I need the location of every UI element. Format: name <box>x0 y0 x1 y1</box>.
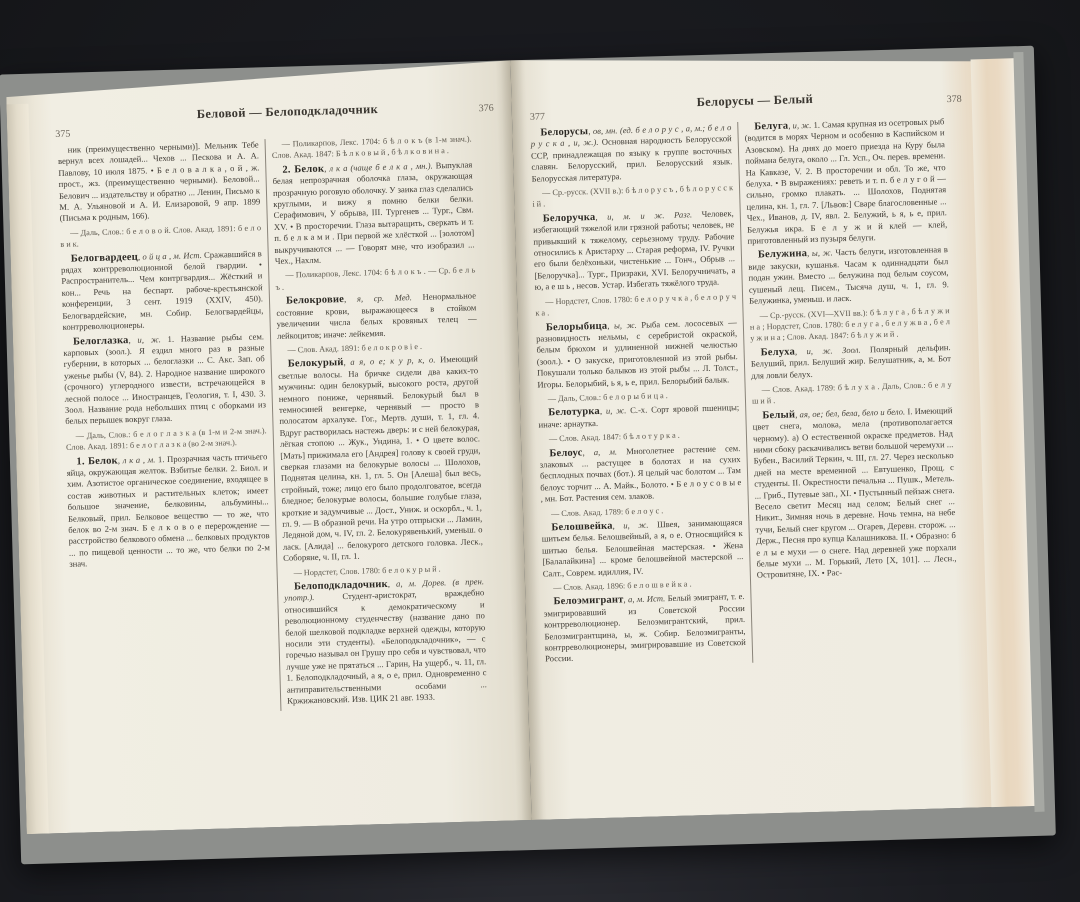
dictionary-entry: Белошвейка, и, ж. Швея, занимающаяся шит… <box>541 517 744 580</box>
left-page-columns: ник (преимущественно черными)]. Мельник … <box>52 133 494 716</box>
headword: Белорусы <box>540 126 588 138</box>
etymology-note: — Ср.-русск. (XVI—XVII вв.): б ѣ л у г а… <box>749 305 950 345</box>
headword: Белотурка <box>548 406 600 418</box>
right-running-head-page: 378 <box>947 94 962 105</box>
headword: Белоручка <box>543 212 596 224</box>
right-running-head: Белорусы — Белый <box>696 92 813 110</box>
etymology-note: — Даль, Слов.: б е л о г л а з к а (в 1-… <box>66 425 268 453</box>
dictionary-entry: Белуха, и, ж. Зоол. Полярный дельфин. Бе… <box>751 342 952 382</box>
etymology-note: — Даль, Слов.: б е л о в о й. Слов. Акад… <box>60 222 262 250</box>
dictionary-entry: ник (преимущественно черными)]. Мельник … <box>58 139 261 224</box>
headword: Белуга <box>754 121 788 133</box>
column-4: Белуга, и, ж. 1. Самая крупная из осетро… <box>737 116 965 663</box>
dictionary-entry: Белотурка, и, ж. С.-х. Сорт яровой пшени… <box>538 402 740 430</box>
dictionary-entry: Белужина, ы, ж. Часть белуги, изготовлен… <box>748 245 950 308</box>
headword: Белый <box>762 409 795 421</box>
open-dictionary: 375 Беловой — Белоподкладочник 376 ник (… <box>5 26 1047 854</box>
dictionary-entry: Белуга, и, ж. 1. Самая крупная из осетро… <box>744 116 947 247</box>
right-page-columns: Белорусы, ов, мн. (ед. б е л о р у с , а… <box>524 116 965 669</box>
dictionary-entry: Белоус, а, м. Многолетнее растение сем. … <box>539 443 742 506</box>
dictionary-entry: Белорыбица, ы, ж. Рыба сем. лососевых — … <box>536 317 739 391</box>
etymology-note: — Ср.-русск. (XVII в.): б ѣ л о р у с ъ … <box>532 182 734 210</box>
left-page: 375 Беловой — Белоподкладочник 376 ник (… <box>6 60 532 834</box>
left-running-head-page: 376 <box>479 103 494 114</box>
dictionary-entry: 1. Белок, л к а , м. 1. Прозрачная часть… <box>66 451 270 571</box>
headword: Белужина <box>758 249 807 261</box>
dictionary-entry: Белоэмигрант, а, м. Ист. Белый эмигрант,… <box>543 591 746 665</box>
headword: 2. Белок <box>282 163 324 175</box>
column-1: ник (преимущественно черными)]. Мельник … <box>52 139 281 716</box>
etymology-note: — Слов. Акад. 1789: б ѣ л у х а . Даль, … <box>752 379 953 407</box>
etymology-note: — Нордстет, Слов. 1780: б е л о р у ч к … <box>535 291 737 319</box>
left-running-head: Беловой — Белоподкладочник <box>197 102 379 122</box>
headword: Белуха <box>760 346 795 358</box>
dictionary-entry: Белокровие, я, ср. Мед. Ненормальное сос… <box>276 291 477 342</box>
headword: Белоус <box>549 447 582 459</box>
dictionary-entry: Белоручка, и, м. и ж. Разг. Человек, изб… <box>533 208 736 293</box>
dictionary-entry: Белый, ая, ое; бел, бела, бело и бело. I… <box>752 405 957 582</box>
dictionary-entry: Белогвардеец, о й ц а , м. Ист. Сражавши… <box>61 248 264 333</box>
dictionary-entry: 2. Белок, л к а (чаще б е л к а , мн.). … <box>272 159 475 267</box>
column-2: — Поликарпов, Лекс. 1704: б ѣ л о к ъ (в… <box>264 133 493 710</box>
column-3: Белорусы, ов, мн. (ед. б е л о р у с , а… <box>524 122 752 669</box>
right-page-number: 377 <box>530 111 545 122</box>
dictionary-entry: Белокурый, а я, о е; к у р, к, о. Имеющи… <box>278 354 484 565</box>
dictionary-entry: Белоподкладочник, а, м. Дорев. (в прен. … <box>284 576 487 707</box>
etymology-note: — Поликарпов, Лекс. 1704: б ѣ л о к ъ . … <box>275 265 476 293</box>
etymology-note: — Поликарпов, Лекс. 1704: б ѣ л о к ъ (в… <box>271 133 472 161</box>
dictionary-entry: Белорусы, ов, мн. (ед. б е л о р у с , а… <box>530 122 733 185</box>
dictionary-entry: Белоглазка, и, ж. 1. Название рыбы сем. … <box>63 331 266 428</box>
right-page: 377 Белорусы — Белый 378 Белорусы, ов, м… <box>510 46 1036 820</box>
headword: 1. Белок <box>76 455 118 467</box>
left-page-number: 375 <box>55 129 70 140</box>
